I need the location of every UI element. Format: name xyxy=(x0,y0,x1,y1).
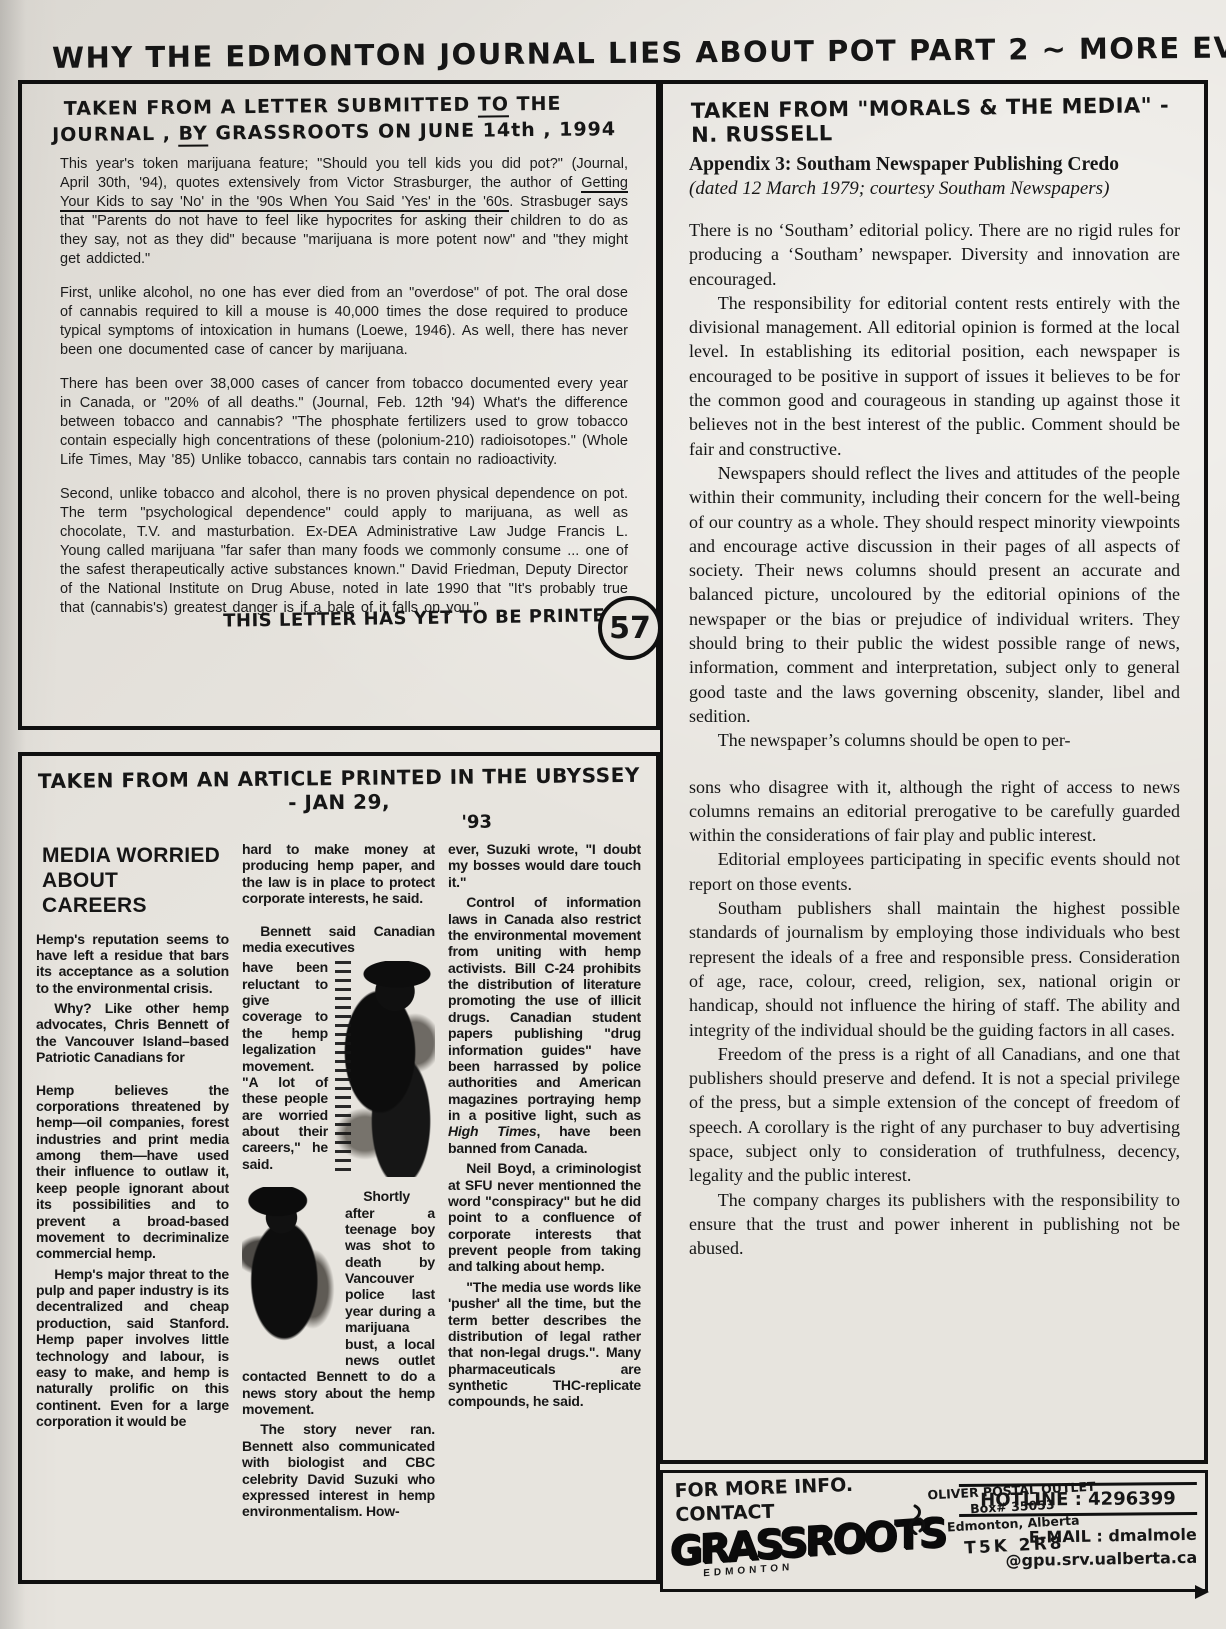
zine-page: WHY THE EDMONTON JOURNAL LIES ABOUT POT … xyxy=(0,0,1226,1629)
credo-paragraph: Freedom of the press is a right of all C… xyxy=(689,1042,1180,1188)
article-paragraph: Control of information laws in Canada al… xyxy=(448,894,641,1156)
credo-paragraph: Southam publishers shall maintain the hi… xyxy=(689,896,1180,1042)
letter-body: This year's token marijuana feature; "Sh… xyxy=(60,155,628,630)
hotline: HOTLINE : 4296399 xyxy=(959,1482,1197,1517)
article-paragraph: hard to make money at producing hemp pap… xyxy=(242,841,435,907)
credo-paragraph: The newspaper’s columns should be open t… xyxy=(689,728,1180,752)
appendix-title: Appendix 3: Southam Newspaper Publishing… xyxy=(689,154,1180,176)
article-column-1: MEDIA WORRIED ABOUT CAREERS Hemp's reput… xyxy=(36,841,229,1524)
article-paragraph: The story never ran. Bennett also commun… xyxy=(242,1421,435,1519)
credo-paragraph: sons who disagree with it, although the … xyxy=(689,775,1180,848)
email-address: E-MAIL : dmalmole @gpu.srv.ualberta.ca xyxy=(947,1523,1198,1574)
page-title: WHY THE EDMONTON JOURNAL LIES ABOUT POT … xyxy=(52,31,1172,75)
underlined-word-by: BY xyxy=(178,122,207,146)
credo-paragraph: The responsibility for editorial content… xyxy=(689,291,1180,461)
ubyssey-heading-line1: TAKEN FROM AN ARTICLE PRINTED IN THE UBY… xyxy=(36,763,642,817)
article-paragraph: "The media use words like 'pusher' all t… xyxy=(448,1279,641,1410)
appendix-subtitle: (dated 12 March 1979; courtesy Southam N… xyxy=(689,178,1180,200)
page-number-badge: 57 xyxy=(598,596,662,660)
underlined-word-to: TO xyxy=(478,93,509,117)
halftone-photo-officer xyxy=(242,1187,336,1357)
credo-paragraph: There is no ‘Southam’ editorial policy. … xyxy=(689,218,1180,291)
halftone-photo-standing-man xyxy=(335,961,435,1177)
article-paragraph: ever, Suzuki wrote, "I doubt my bosses w… xyxy=(448,841,641,890)
letter-paragraph: Second, unlike tobacco and alcohol, ther… xyxy=(60,485,628,618)
letter-section: TAKEN FROM A LETTER SUBMITTED TO THE JOU… xyxy=(18,80,660,730)
article-column-2: hard to make money at producing hemp pap… xyxy=(242,841,435,1524)
letter-paragraph: There has been over 38,000 cases of canc… xyxy=(60,375,628,470)
credo-heading: TAKEN FROM "MORALS & THE MEDIA" - N. RUS… xyxy=(691,93,1181,147)
letter-heading: TAKEN FROM A LETTER SUBMITTED TO THE JOU… xyxy=(64,91,629,148)
credo-paragraph: Newspapers should reflect the lives and … xyxy=(689,461,1180,728)
article-paragraph: Why? Like other hemp advocates, Chris Be… xyxy=(36,1000,229,1066)
article-columns: MEDIA WORRIED ABOUT CAREERS Hemp's reput… xyxy=(36,841,642,1524)
contact-section: FOR MORE INFO. CONTACT GRASSROOTS EDMONT… xyxy=(660,1470,1208,1592)
letter-heading-line2: JOURNAL , BY GRASSROOTS ON JUNE 14th , 1… xyxy=(52,117,628,149)
ubyssey-section: TAKEN FROM AN ARTICLE PRINTED IN THE UBY… xyxy=(18,752,660,1584)
article-column-3: ever, Suzuki wrote, "I doubt my bosses w… xyxy=(448,841,641,1524)
letter-paragraph: This year's token marijuana feature; "Sh… xyxy=(60,155,628,269)
credo-paragraph: Editorial employees participating in spe… xyxy=(689,847,1180,896)
letter-paragraph: First, unlike alcohol, no one has ever d… xyxy=(60,284,628,360)
article-paragraph: Hemp believes the corporations threatene… xyxy=(36,1082,229,1262)
article-headline: MEDIA WORRIED ABOUT CAREERS xyxy=(42,843,229,919)
article-paragraph: Bennett said Canadian media executives xyxy=(242,923,435,956)
credo-section: TAKEN FROM "MORALS & THE MEDIA" - N. RUS… xyxy=(660,80,1208,1464)
magazine-title-high-times: High Times xyxy=(448,1123,536,1139)
credo-paragraph: The company charges its publishers with … xyxy=(689,1188,1180,1261)
article-paragraph: Neil Boyd, a criminologist at SFU never … xyxy=(448,1160,641,1275)
ubyssey-heading-line2: '93 xyxy=(36,812,492,838)
credo-body: There is no ‘Southam’ editorial policy. … xyxy=(689,218,1180,1260)
article-paragraph: Hemp's reputation seems to have left a r… xyxy=(36,931,229,997)
smoke-squiggle-icon xyxy=(905,1501,927,1535)
article-paragraph: Hemp's major threat to the pulp and pape… xyxy=(36,1266,229,1430)
